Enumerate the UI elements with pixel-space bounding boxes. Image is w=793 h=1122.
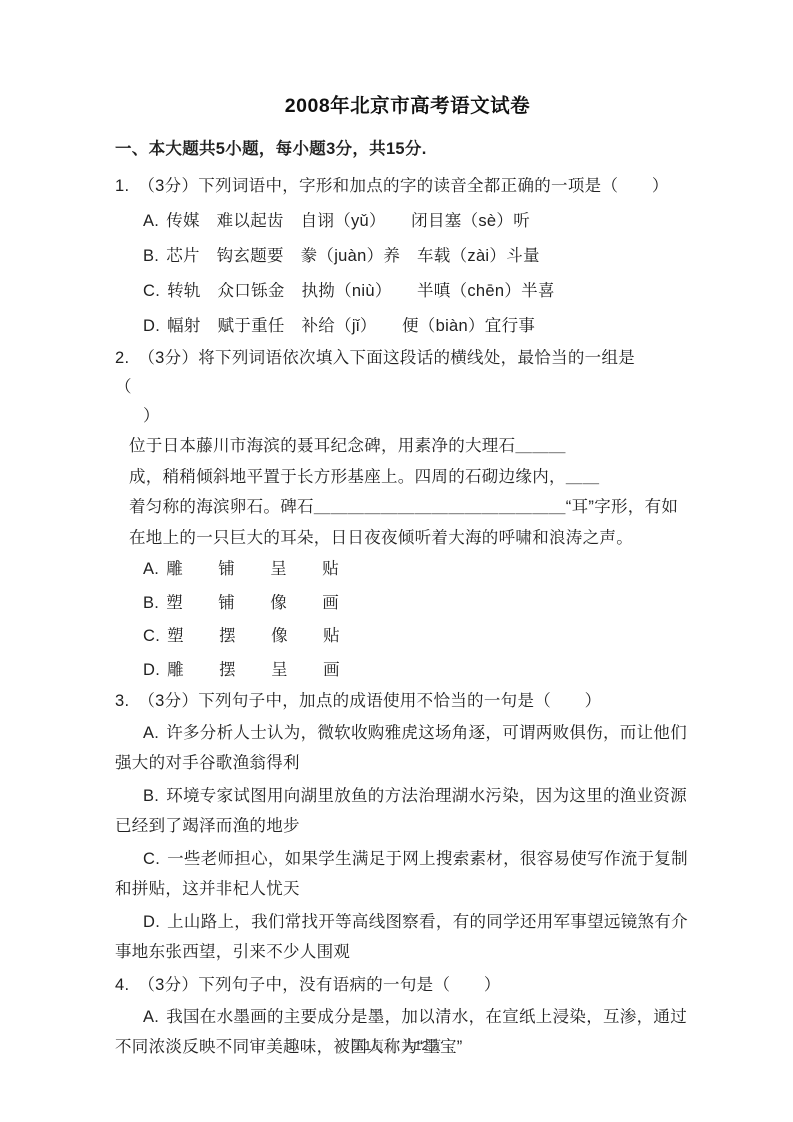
question-1-option-d: D.幅射 赋于重任 补给（jǐ） 便（biàn）宜行事	[115, 309, 700, 344]
option-label: D.	[143, 913, 160, 931]
question-4-stem-line: 4.（3分）下列句子中，没有语病的一句是（ ）	[115, 971, 700, 1000]
question-2-stem: （3分）将下列词语依次填入下面这段话的横线处，最恰当的一组是 （	[115, 349, 702, 396]
passage-line: 位于日本藤川市海滨的聂耳纪念碑，用素净的大理石＿＿＿	[115, 431, 700, 462]
exam-page: 2008年北京市高考语文试卷 一、本大题共5小题，每小题3分，共15分. 1.（…	[0, 0, 793, 1122]
question-3-option-c: C.一些老师担心，如果学生满足于网上搜索素材，很容易使写作流于复制和拼贴，这并非…	[115, 845, 700, 904]
question-3-option-d: D.上山路上，我们常找开等高线图察看，有的同学还用军事望远镜煞有介事地东张西望，…	[115, 908, 700, 967]
page-footer: 第1页|共12页	[0, 1036, 793, 1054]
footer-total-pages: 共12页	[402, 1039, 442, 1053]
question-1-number: 1.	[115, 177, 129, 195]
option-label: C.	[143, 627, 160, 645]
question-2-option-a: A.雕铺呈贴	[115, 553, 700, 587]
question-1-stem: （3分）下列词语中，字形和加点的字的读音全都正确的一项是（ ）	[138, 177, 668, 195]
question-3-option-a: A.许多分析人士认为，微软收购雅虎这场角逐，可谓两败俱伤，而让他们强大的对手谷歌…	[115, 719, 700, 778]
question-2-option-c: C.塑摆像贴	[115, 620, 700, 654]
question-3-option-b: B.环境专家试图用向湖里放鱼的方法治理湖水污染，因为这里的渔业资源已经到了竭泽而…	[115, 782, 700, 841]
option-label: D.	[143, 317, 160, 335]
option-label: B.	[143, 787, 159, 805]
question-1: 1.（3分）下列词语中，字形和加点的字的读音全都正确的一项是（ ） A.传媒 难…	[115, 172, 700, 344]
question-4-number: 4.	[115, 976, 129, 994]
page-title: 2008年北京市高考语文试卷	[115, 92, 700, 120]
option-item: 铺	[218, 553, 270, 587]
option-label: A.	[143, 560, 159, 578]
option-label: B.	[143, 594, 159, 612]
option-text: 许多分析人士认为，微软收购雅虎这场角逐，可谓两败俱伤，而让他们强大的对手谷歌渔翁…	[115, 724, 687, 772]
option-text: 芯片 钩玄题要 豢（juàn）养 车载（zài）斗量	[166, 247, 540, 265]
option-label: A.	[143, 212, 159, 230]
question-3-stem-line: 3.（3分）下列句子中，加点的成语使用不恰当的一句是（ ）	[115, 687, 700, 716]
question-1-stem-line: 1.（3分）下列词语中，字形和加点的字的读音全都正确的一项是（ ）	[115, 172, 700, 201]
option-item: 塑	[167, 620, 219, 654]
footer-separator: |	[391, 1039, 394, 1053]
question-3-number: 3.	[115, 692, 129, 710]
option-label: A.	[143, 724, 159, 742]
option-item: 像	[270, 587, 322, 621]
option-item: 摆	[219, 620, 271, 654]
option-text: 一些老师担心，如果学生满足于网上搜索素材，很容易使写作流于复制和拼贴，这并非杞人…	[115, 850, 688, 898]
question-2-option-d: D.雕摆呈画	[115, 654, 700, 688]
question-2-stem-close-paren: ）	[143, 402, 700, 431]
footer-page-number: 第1页	[352, 1039, 385, 1053]
option-item: 雕	[167, 654, 219, 688]
section-header: 一、本大题共5小题，每小题3分，共15分.	[115, 138, 700, 160]
passage-line: 在地上的一只巨大的耳朵，日日夜夜倾听着大海的呼啸和浪涛之声。	[115, 523, 700, 554]
question-2-number: 2.	[115, 349, 129, 367]
option-item: 贴	[323, 620, 340, 654]
option-label: B.	[143, 247, 159, 265]
question-1-option-c: C.转轨 众口铄金 执拗（niù） 半嗔（chēn）半喜	[115, 274, 700, 309]
option-text: 环境专家试图用向湖里放鱼的方法治理湖水污染，因为这里的渔业资源已经到了竭泽而渔的…	[115, 787, 687, 835]
question-2-option-b: B.塑铺像画	[115, 587, 700, 621]
option-item: 像	[271, 620, 323, 654]
question-1-option-b: B.芯片 钩玄题要 豢（juàn）养 车载（zài）斗量	[115, 239, 700, 274]
question-2: 2.（3分）将下列词语依次填入下面这段话的横线处，最恰当的一组是 （ ） 位于日…	[115, 344, 700, 687]
passage-line: 成，稍稍倾斜地平置于长方形基座上。四周的石砌边缘内，＿＿	[115, 462, 700, 493]
question-4-stem: （3分）下列句子中，没有语病的一句是（ ）	[138, 976, 500, 994]
option-item: 雕	[166, 553, 218, 587]
option-item: 画	[323, 654, 340, 688]
option-text: 上山路上，我们常找开等高线图察看，有的同学还用军事望远镜煞有介事地东张西望，引来…	[115, 913, 688, 961]
option-label: A.	[143, 1008, 159, 1026]
option-label: C.	[143, 850, 160, 868]
option-text: 传媒 难以起齿 自诩（yǔ） 闭目塞（sè）听	[166, 212, 530, 230]
question-3-stem: （3分）下列句子中，加点的成语使用不恰当的一句是（ ）	[138, 692, 601, 710]
question-2-stem-line: 2.（3分）将下列词语依次填入下面这段话的横线处，最恰当的一组是 （	[115, 344, 700, 402]
option-item: 呈	[270, 553, 322, 587]
option-text: 幅射 赋于重任 补给（jǐ） 便（biàn）宜行事	[167, 317, 535, 335]
option-item: 呈	[271, 654, 323, 688]
option-item: 摆	[219, 654, 271, 688]
question-2-passage: 位于日本藤川市海滨的聂耳纪念碑，用素净的大理石＿＿＿ 成，稍稍倾斜地平置于长方形…	[115, 431, 700, 553]
option-item: 塑	[166, 587, 218, 621]
option-label: C.	[143, 282, 160, 300]
option-text: 转轨 众口铄金 执拗（niù） 半嗔（chēn）半喜	[167, 282, 555, 300]
question-3: 3.（3分）下列句子中，加点的成语使用不恰当的一句是（ ） A.许多分析人士认为…	[115, 687, 700, 967]
question-1-option-a: A.传媒 难以起齿 自诩（yǔ） 闭目塞（sè）听	[115, 204, 700, 239]
option-label: D.	[143, 661, 160, 679]
option-item: 画	[322, 587, 339, 621]
passage-line: 着匀称的海滨卵石。碑石＿＿＿＿＿＿＿＿＿＿＿＿＿＿＿“耳”字形，有如	[115, 492, 700, 523]
option-item: 铺	[218, 587, 270, 621]
option-item: 贴	[322, 553, 339, 587]
